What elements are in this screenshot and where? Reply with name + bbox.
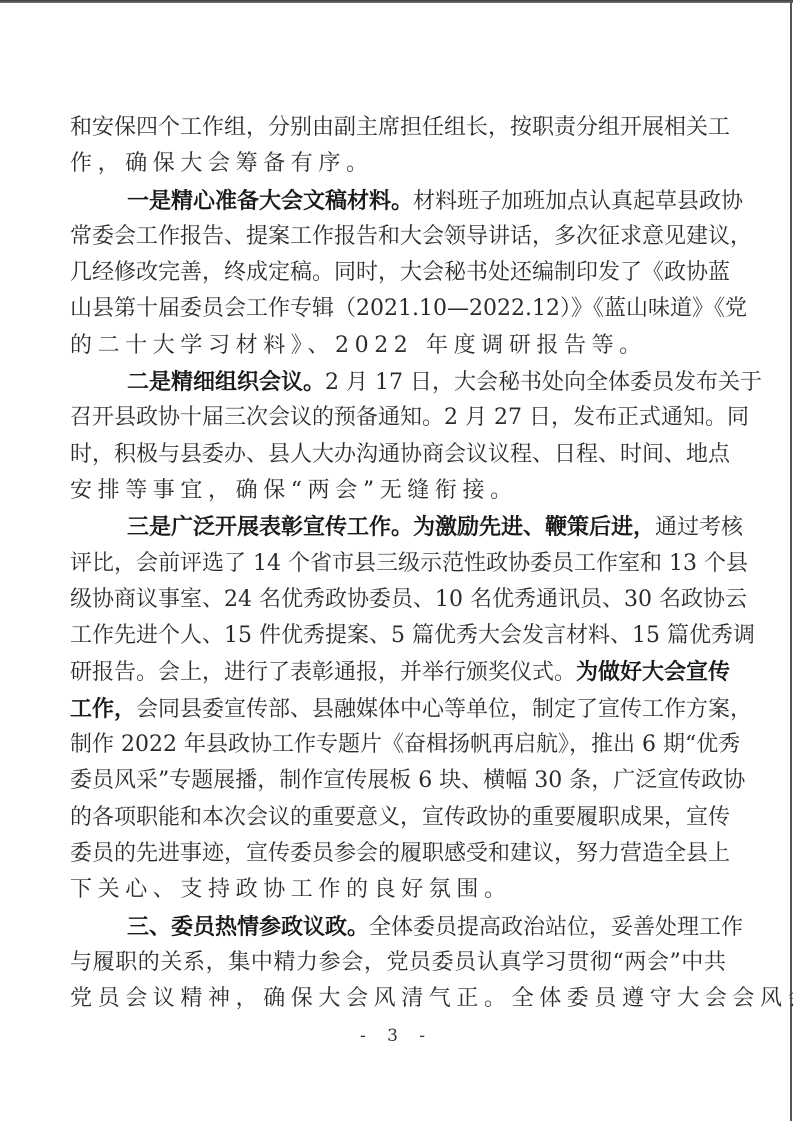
- bold-heading-text: 为做好大会宣传: [576, 659, 730, 685]
- bold-heading-text: 三、委员热情参政议政。: [127, 914, 369, 940]
- text-line: 党员会议精神，确保大会风清气正。全体委员遵守大会会风会纪，认: [70, 981, 726, 1017]
- text-line: 作，确保大会筹备有序。: [70, 146, 726, 182]
- body-text: 会同县委宣传部、县融媒体中心等单位，制定了宣传工作方案，: [136, 697, 752, 722]
- bold-heading-text: 工作，: [70, 696, 136, 722]
- text-line: 的各项职能和本次会议的重要意义，宣传政协的重要履职成果，宣传: [70, 800, 726, 836]
- text-line: 下关心、支持政协工作的良好氛围。: [70, 872, 726, 908]
- text-line: 三是广泛开展表彰宣传工作。为激励先进、鞭策后进，通过考核: [70, 509, 726, 545]
- body-text: 工作先进个人、15 件优秀提案、5 篇优秀大会发言材料、15 篇优秀调: [70, 623, 755, 648]
- body-text: 级协商议事室、24 名优秀政协委员、10 名优秀通讯员、30 名政协云: [70, 587, 747, 612]
- text-line: 工作，会同县委宣传部、县融媒体中心等单位，制定了宣传工作方案，: [70, 691, 726, 727]
- text-line: 与履职的关系，集中精力参会，党员委员认真学习贯彻“两会”中共: [70, 945, 726, 981]
- body-text: 山县第十届委员会工作专辑（2021.10—2022.12）》《蓝山味道》《党: [70, 296, 747, 321]
- body-text: 与履职的关系，集中精力参会，党员委员认真学习贯彻“两会”中共: [70, 950, 726, 975]
- body-text: 召开县政协十届三次会议的预备通知。2 月 27 日，发布正式通知。同: [70, 405, 749, 430]
- text-line: 级协商议事室、24 名优秀政协委员、10 名优秀通讯员、30 名政协云: [70, 582, 726, 618]
- body-text: 制作 2022 年县政协工作专题片《奋楫扬帆再启航》，推出 6 期“优秀: [70, 732, 740, 757]
- text-line: 三、委员热情参政议政。全体委员提高政治站位，妥善处理工作: [70, 909, 726, 945]
- text-line: 安排等事宜，确保“两会”无缝衔接。: [70, 473, 726, 509]
- bold-heading-text: 二是精细组织会议。: [127, 369, 325, 395]
- paragraph: 一是精心准备大会文稿材料。材料班子加班加点认真起草县政协常委会工作报告、提案工作…: [70, 183, 726, 364]
- body-text: 常委会工作报告、提案工作报告和大会领导讲话，多次征求意见建议，: [70, 224, 752, 249]
- scan-edge-top: [0, 0, 793, 3]
- text-line: 几经修改完善，终成定稿。同时，大会秘书处还编制印发了《政协蓝: [70, 255, 726, 291]
- text-line: 和安保四个工作组，分别由副主席担任组长，按职责分组开展相关工: [70, 110, 726, 146]
- body-text: 研报告。会上，进行了表彰通报，并举行颁奖仪式。: [70, 660, 576, 685]
- text-line: 时，积极与县委办、县人大办沟通协商会议议程、日程、时间、地点: [70, 437, 726, 473]
- paragraph: 和安保四个工作组，分别由副主席担任组长，按职责分组开展相关工作，确保大会筹备有序…: [70, 110, 726, 183]
- scan-edge-right: [790, 0, 792, 1121]
- body-text: 材料班子加班加点认真起草县政协: [413, 189, 743, 214]
- body-text: 评比，会前评选了 14 个省市县三级示范性政协委员工作室和 13 个县: [70, 551, 748, 576]
- paragraph: 三、委员热情参政议政。全体委员提高政治站位，妥善处理工作与履职的关系，集中精力参…: [70, 909, 726, 1018]
- body-text: 几经修改完善，终成定稿。同时，大会秘书处还编制印发了《政协蓝: [70, 260, 730, 285]
- document-body: 和安保四个工作组，分别由副主席担任组长，按职责分组开展相关工作，确保大会筹备有序…: [70, 110, 726, 1017]
- page-number: - 3 -: [0, 1026, 793, 1046]
- body-text: 党员会议精神，确保大会风清气正。全体委员遵守大会会风会纪，认: [70, 986, 793, 1011]
- body-text: 委员的先进事迹，宣传委员参会的履职感受和建议，努力营造全县上: [70, 841, 730, 866]
- text-line: 评比，会前评选了 14 个省市县三级示范性政协委员工作室和 13 个县: [70, 546, 726, 582]
- text-line: 制作 2022 年县政协工作专题片《奋楫扬帆再启航》，推出 6 期“优秀: [70, 727, 726, 763]
- text-line: 山县第十届委员会工作专辑（2021.10—2022.12）》《蓝山味道》《党: [70, 291, 726, 327]
- body-text: 的各项职能和本次会议的重要意义，宣传政协的重要履职成果，宣传: [70, 805, 730, 830]
- text-line: 召开县政协十届三次会议的预备通知。2 月 27 日，发布正式通知。同: [70, 400, 726, 436]
- text-line: 的二十大学习材料》、2022 年度调研报告等。: [70, 328, 726, 364]
- text-line: 工作先进个人、15 件优秀提案、5 篇优秀大会发言材料、15 篇优秀调: [70, 618, 726, 654]
- paragraph: 三是广泛开展表彰宣传工作。为激励先进、鞭策后进，通过考核评比，会前评选了 14 …: [70, 509, 726, 908]
- body-text: 全体委员提高政治站位，妥善处理工作: [369, 915, 743, 940]
- paragraph: 二是精细组织会议。2 月 17 日，大会秘书处向全体委员发布关于召开县政协十届三…: [70, 364, 726, 509]
- body-text: 和安保四个工作组，分别由副主席担任组长，按职责分组开展相关工: [70, 115, 730, 140]
- body-text: 2 月 17 日，大会秘书处向全体委员发布关于: [325, 370, 762, 395]
- body-text: 安排等事宜，确保“两会”无缝衔接。: [70, 478, 518, 503]
- body-text: 的二十大学习材料》、2022 年度调研报告等。: [70, 333, 647, 358]
- body-text: 下关心、支持政协工作的良好氛围。: [70, 877, 512, 902]
- bold-heading-text: 三是广泛开展表彰宣传工作。为激励先进、鞭策后进，: [127, 514, 655, 540]
- bold-heading-text: 一是精心准备大会文稿材料。: [127, 188, 413, 214]
- text-line: 一是精心准备大会文稿材料。材料班子加班加点认真起草县政协: [70, 183, 726, 219]
- body-text: 委员风采”专题展播，制作宣传展板 6 块、横幅 30 条，广泛宣传政协: [70, 768, 745, 793]
- text-line: 委员风采”专题展播，制作宣传展板 6 块、横幅 30 条，广泛宣传政协: [70, 763, 726, 799]
- text-line: 二是精细组织会议。2 月 17 日，大会秘书处向全体委员发布关于: [70, 364, 726, 400]
- body-text: 通过考核: [655, 515, 743, 540]
- text-line: 常委会工作报告、提案工作报告和大会领导讲话，多次征求意见建议，: [70, 219, 726, 255]
- body-text: 作，确保大会筹备有序。: [70, 151, 374, 176]
- text-line: 委员的先进事迹，宣传委员参会的履职感受和建议，努力营造全县上: [70, 836, 726, 872]
- body-text: 时，积极与县委办、县人大办沟通协商会议议程、日程、时间、地点: [70, 442, 730, 467]
- text-line: 研报告。会上，进行了表彰通报，并举行颁奖仪式。为做好大会宣传: [70, 654, 726, 690]
